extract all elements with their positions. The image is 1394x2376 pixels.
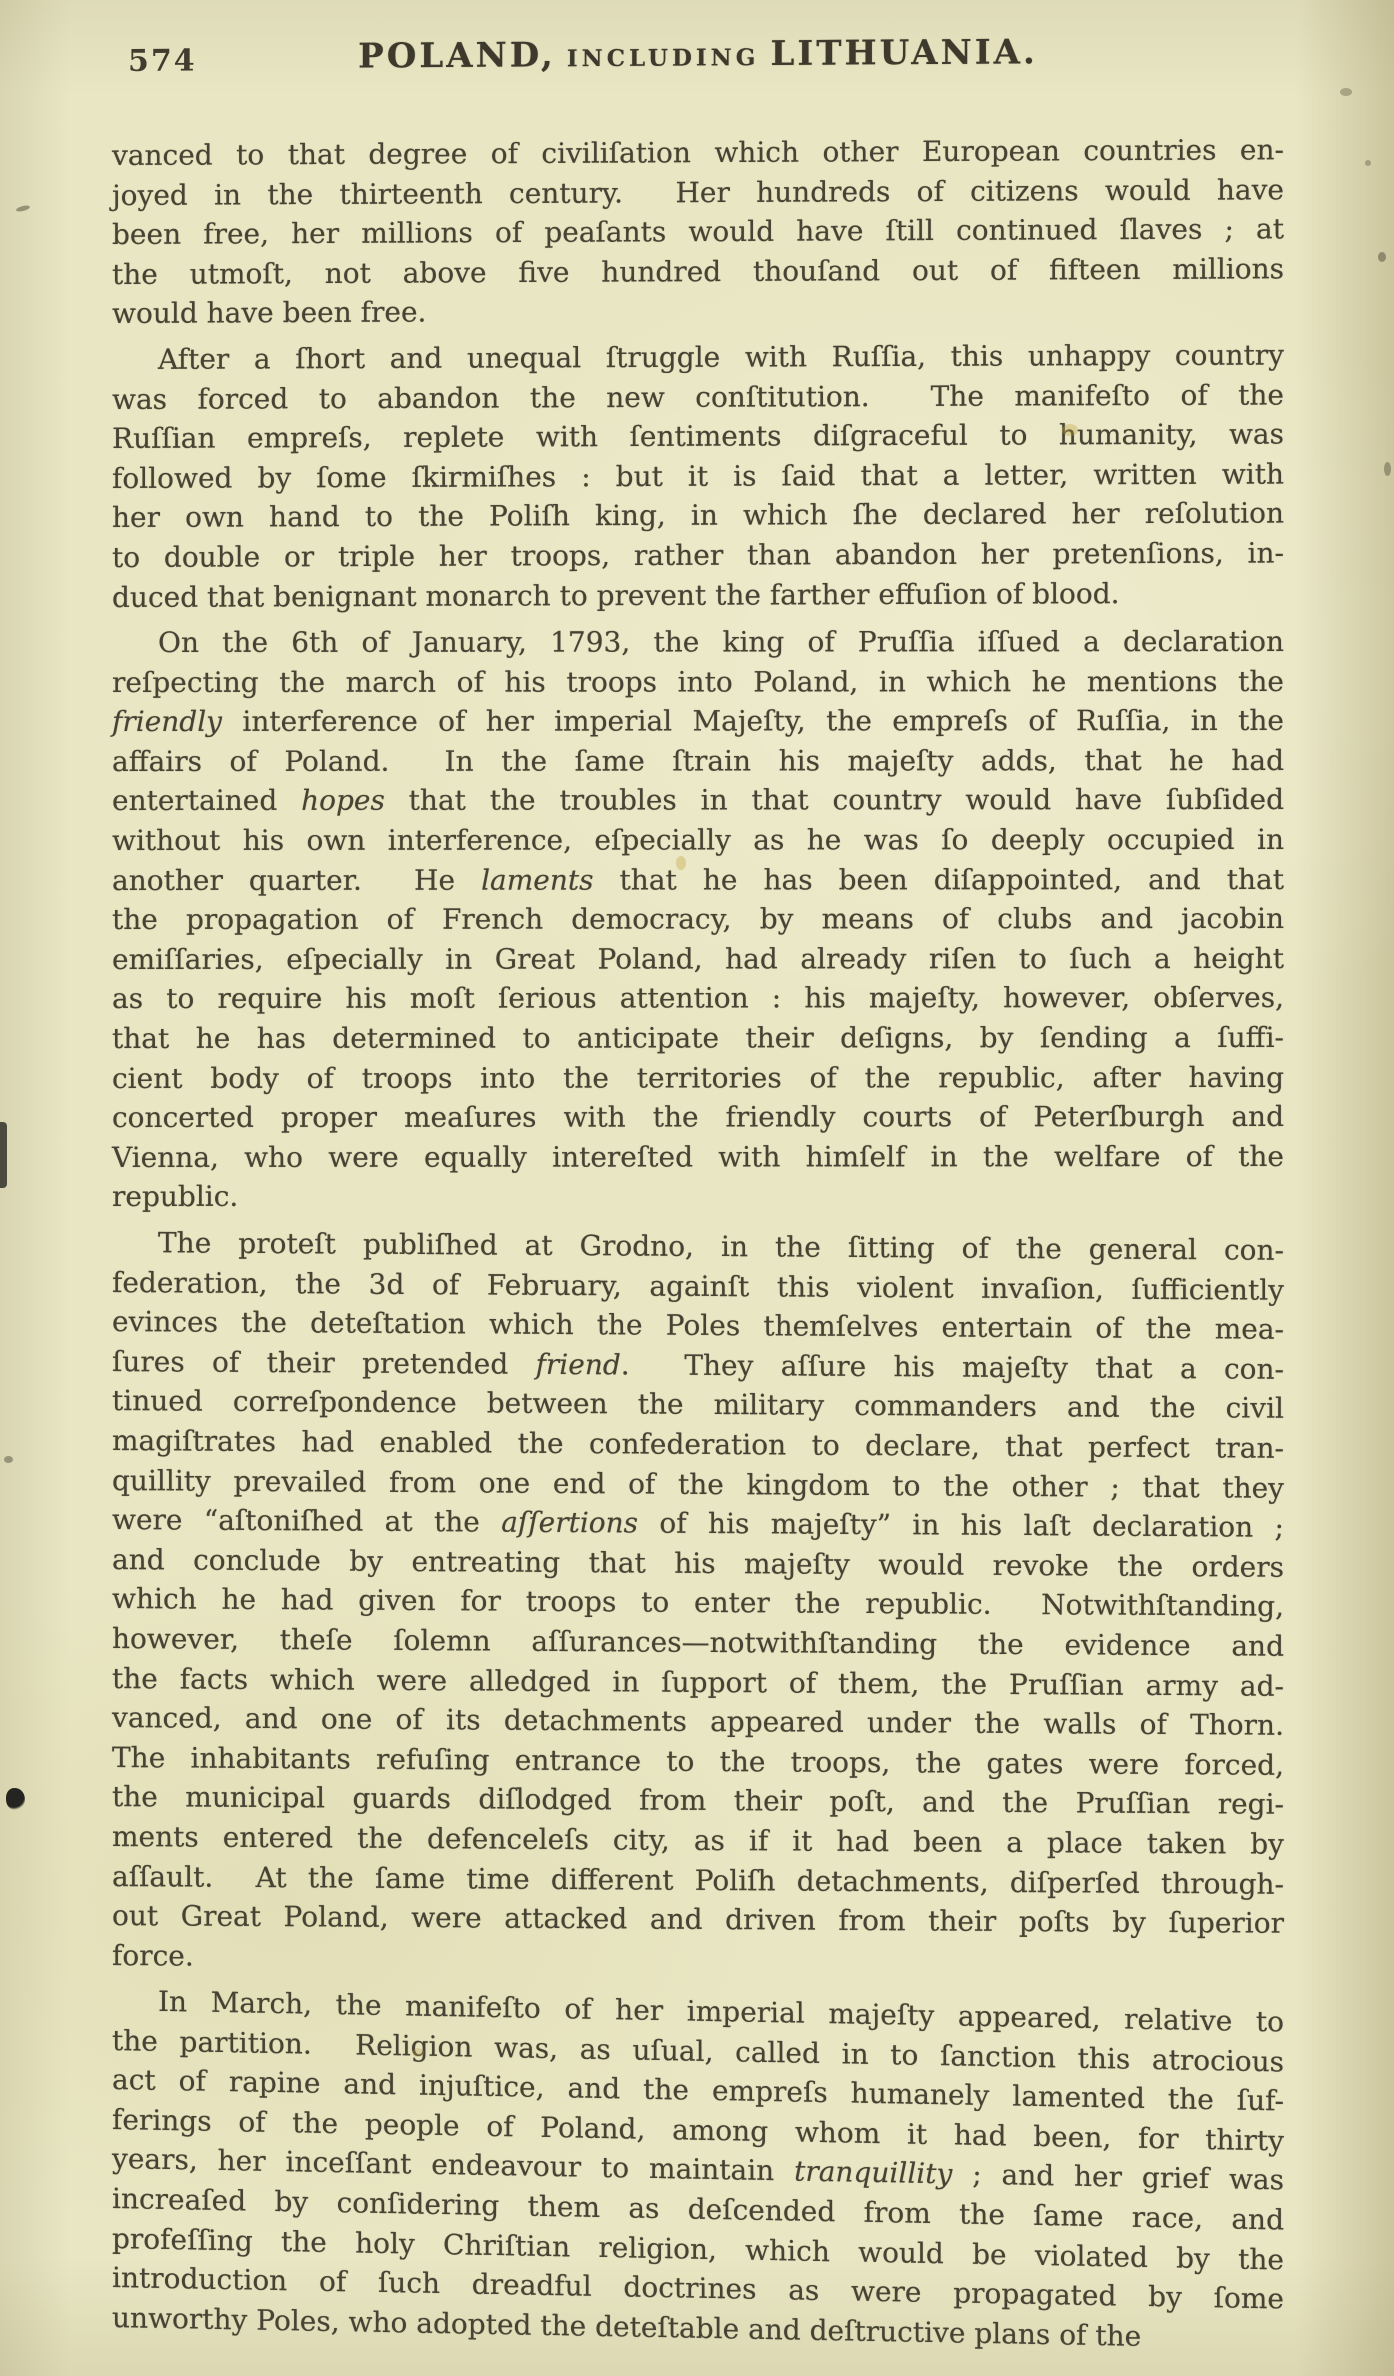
text-line: force.: [112, 1936, 1284, 1983]
text-line: republic.: [112, 1176, 1284, 1217]
book-page: 574 POLAND, INCLUDING LITHUANIA. vanced …: [0, 0, 1394, 2376]
ink-blot: [6, 1788, 25, 1810]
text-line: reſpecting the march of his troops into …: [112, 662, 1284, 703]
text-line: friendly interference of her imperial Ma…: [112, 701, 1284, 742]
running-title: POLAND, INCLUDING LITHUANIA.: [112, 31, 1284, 78]
text-block: vanced to that degree of civiliſation wh…: [112, 136, 1284, 2344]
text-line: been free, her millions of peaſants woul…: [112, 209, 1284, 254]
text-line: emiſſaries, eſpecially in Great Poland, …: [112, 939, 1284, 980]
text-line: the utmoſt, not above five hundred thouſ…: [112, 249, 1284, 294]
text-line: Ruſſian empreſs, replete with ſentiments…: [112, 415, 1284, 459]
text-line: was forced to abandon the new conſtituti…: [112, 375, 1284, 419]
text-line: the propagation of French democracy, by …: [112, 899, 1284, 940]
page-header: 574 POLAND, INCLUDING LITHUANIA.: [112, 31, 1284, 86]
running-title-part2: INCLUDING: [561, 44, 765, 72]
ink-speck: [16, 204, 31, 212]
text-line: entertained hopes that the troubles in t…: [112, 780, 1284, 821]
ink-speck: [1378, 252, 1386, 262]
paragraph: On the 6th of January, 1793, the king of…: [112, 622, 1284, 1217]
scan-edge-mark: [0, 1122, 7, 1188]
text-line: On the 6th of January, 1793, the king of…: [112, 622, 1284, 663]
ink-speck: [4, 1456, 13, 1463]
text-line: without his own interference, eſpecially…: [112, 820, 1284, 861]
text-line: cient body of troops into the territorie…: [112, 1058, 1284, 1099]
ink-speck: [1365, 160, 1371, 166]
text-line: duced that benignant monarch to prevent …: [112, 573, 1284, 617]
text-line: followed by ſome ſkirmiſhes : but it is …: [112, 454, 1284, 498]
paragraph: In March, the manifeſto of her imperial …: [112, 1981, 1284, 2359]
running-title-part1: POLAND,: [358, 35, 556, 76]
text-line: vanced to that degree of civiliſation wh…: [112, 130, 1284, 175]
ink-speck: [1384, 462, 1391, 476]
text-line: concerted proper meaſures with the frien…: [112, 1097, 1284, 1138]
text-line: affairs of Poland. In the ſame ſtrain hi…: [112, 741, 1284, 782]
paragraph: The proteſt publiſhed at Grodno, in the …: [112, 1223, 1284, 1983]
text-line: out Great Poland, were attacked and driv…: [112, 1896, 1284, 1943]
paragraph: After a ſhort and unequal ſtruggle with …: [112, 335, 1284, 617]
text-line: another quarter. He laments that he has …: [112, 860, 1284, 901]
text-line: as to require his moſt ſerious attention…: [112, 978, 1284, 1019]
paragraph: vanced to that degree of civiliſation wh…: [112, 130, 1284, 334]
text-line: would have been free.: [112, 289, 1284, 334]
text-line: After a ſhort and unequal ſtruggle with …: [112, 335, 1284, 379]
running-title-part3: LITHUANIA.: [770, 32, 1037, 74]
text-line: that he has determined to anticipate the…: [112, 1018, 1284, 1059]
ink-speck: [1340, 88, 1352, 96]
text-line: joyed in the thirteenth century. Her hun…: [112, 170, 1284, 215]
text-line: to double or triple her troops, rather t…: [112, 533, 1284, 577]
text-line: her own hand to the Poliſh king, in whic…: [112, 494, 1284, 538]
text-line: Vienna, who were equally intereſted with…: [112, 1137, 1284, 1178]
